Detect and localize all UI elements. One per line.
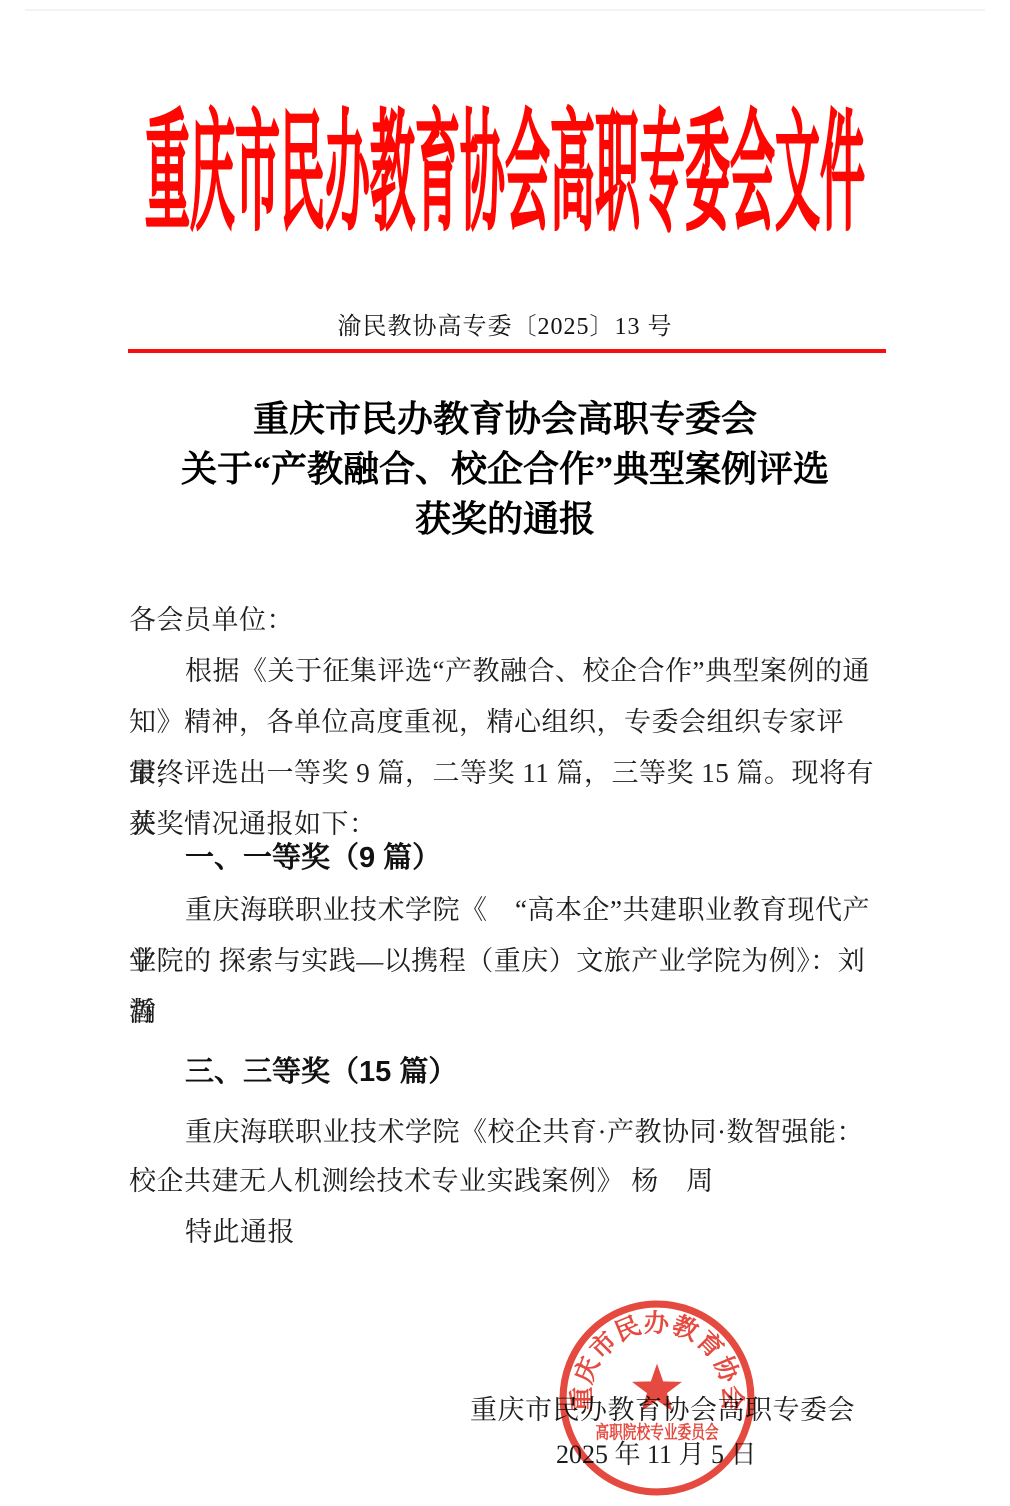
third-prize-heading: 三、三等奖（15 篇） [129,1047,889,1097]
letterhead-banner: 重庆市民办教育协会高职专委会文件 [0,90,1010,255]
doc-title-line2: 关于“产教融合、校企合作”典型案例评选 [0,444,1010,494]
first-prize-line-1: 重庆海联职业技术学院《 “高本企”共建职业教育现代产业 [129,885,889,936]
salutation: 各会员单位： [129,595,889,646]
intro-line-1: 根据《关于征集评选“产教融合、校企合作”典型案例的通 [129,646,889,697]
first-prize-heading: 一、一等奖（9 篇） [129,833,889,883]
scan-edge-artifact [25,9,985,11]
doc-title: 重庆市民办教育协会高职专委会 关于“产教融合、校企合作”典型案例评选 获奖的通报 [0,394,1010,544]
red-rule-divider [128,349,886,353]
first-prize-line-2: 学院的 探索与实践—以携程（重庆）文旅产业学院为例》：刘瀚 [129,936,889,987]
third-prize-line-1: 重庆海联职业技术学院《校企共育·产教协同·数智强能： [129,1107,889,1158]
official-seal: 重庆市民办教育协会 高职院校专业委员会 [556,1297,758,1499]
letterhead-banner-text: 重庆市民办教育协会高职专委会文件 [145,102,865,247]
closing-statement: 特此通报 [129,1207,889,1258]
seal-bottom-text: 高职院校专业委员会 [595,1421,718,1442]
intro-line-2: 知》精神，各单位高度重视，精心组织，专委会组织专家评审， [129,697,889,748]
intro-line-3: 最终评选出一等奖 9 篇，二等奖 11 篇，三等奖 15 篇。现将有关 [129,748,889,799]
doc-number: 渝民教协高专委〔2025〕13 号 [0,306,1010,341]
doc-title-line3: 获奖的通报 [0,494,1010,544]
third-prize-line-2: 校企共建无人机测绘技术专业实践案例》 杨 周 [129,1156,889,1207]
seal-star-icon [632,1364,682,1411]
doc-title-line1: 重庆市民办教育协会高职专委会 [0,394,1010,444]
document-page: 重庆市民办教育协会高职专委会文件 渝民教协高专委〔2025〕13 号 重庆市民办… [0,0,1010,1506]
first-prize-line-3: 哲 [129,987,889,1038]
